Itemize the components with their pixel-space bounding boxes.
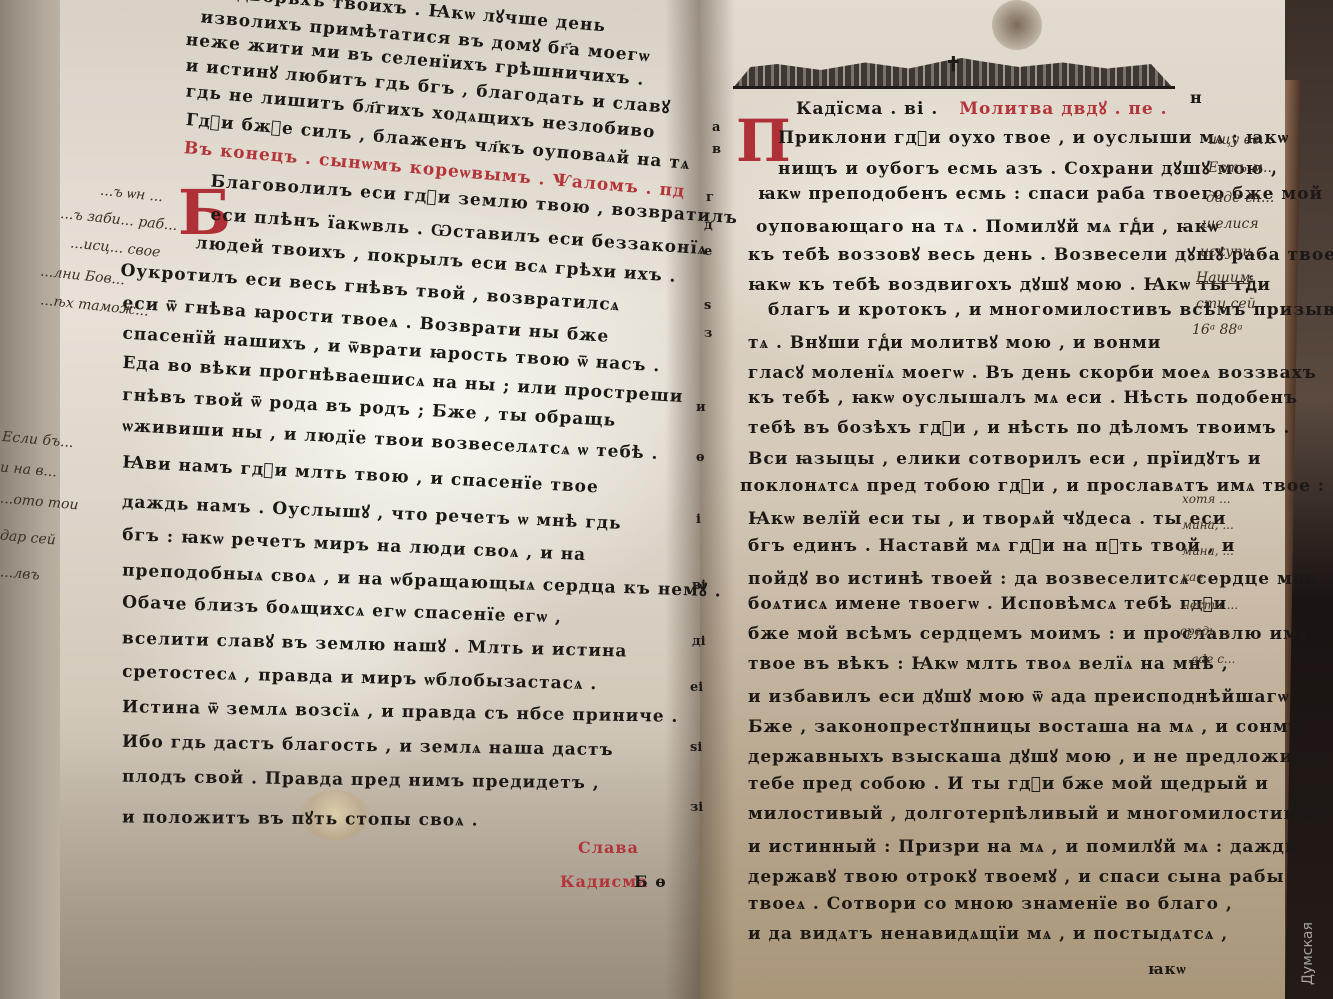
text-line: державныхъ взыскаша дꙋшꙋ мою , и не пред…	[748, 744, 1324, 767]
verse-number: г	[706, 190, 714, 205]
cross-ornament-icon: ✝	[945, 52, 962, 76]
handwritten-note: средь ...	[1180, 624, 1231, 638]
verse-number: зі	[690, 800, 703, 815]
verse-number: ді	[692, 634, 706, 649]
kathisma-heading: Кадїсма . ві . Молитва двдꙋ . пе .	[796, 96, 1168, 119]
handwritten-note: шелися	[1202, 216, 1259, 232]
verse-number: ѳ	[696, 450, 704, 465]
handwritten-note: Есть м...	[1208, 160, 1276, 176]
handwritten-note: мина, ...	[1182, 544, 1234, 558]
verse-number: ѕі	[690, 740, 702, 755]
text-line: и избавилъ еси дꙋшꙋ мою ѿ ада преисподнѣ…	[748, 684, 1303, 707]
text-line: тѧ . Внꙋши гдⷭи молитвꙋ мою , и вонми	[748, 330, 1161, 353]
text-line: пойдꙋ во истинѣ твоей : да возвеселитсѧ …	[748, 566, 1317, 589]
text-line: державꙋ твою отрокꙋ твоемꙋ , и спаси сын…	[748, 864, 1284, 887]
text-line: и истинный : Призри на мѧ , и помилꙋй мѧ…	[748, 834, 1297, 857]
handwritten-note: кае ...	[1182, 570, 1219, 584]
text-line: и положитъ въ пꙋть стопы своѧ .	[122, 804, 479, 830]
source-watermark: Думская	[1300, 922, 1316, 985]
text-line: тебе пред собою . И ты гдⷭи бже мой щедр…	[748, 774, 1269, 794]
text-line: Ꙗкѡ велїй еси ты , и творѧй чꙋдеса . ты …	[748, 506, 1226, 529]
verse-number: а	[712, 120, 720, 135]
kathisma-label: Кадїсма . ві .	[796, 99, 938, 119]
verse-number: і	[696, 512, 701, 527]
verse-number: з	[704, 326, 712, 341]
handwritten-note: мина, ...	[1182, 518, 1234, 532]
verse-number: ві	[692, 578, 706, 593]
text-line: и да видѧтъ ненавидѧщїи мѧ , и постыдѧтс…	[748, 924, 1228, 944]
text-line: оуповающаго на тѧ . Помилꙋй мѧ гдⷭи , ꙗк…	[756, 214, 1220, 237]
stain	[992, 0, 1042, 50]
handwritten-note: нести ...	[1182, 598, 1238, 612]
handwritten-note: ...лвъ	[0, 564, 40, 583]
text-line: бгъ единъ . Наставй мѧ гдⷭи на пꙋть твой…	[748, 536, 1235, 556]
handwritten-note: хотя ...	[1182, 492, 1231, 506]
handwritten-note: даде гп...	[1206, 190, 1274, 206]
text-line: боѧтисѧ имене твоегѡ . Исповѣмсѧ тебѣ гд…	[748, 594, 1227, 614]
handwritten-note: ищу ег...	[1208, 132, 1272, 148]
text-line: твое въ вѣкъ : Ꙗкѡ млть твоѧ велїѧ на мн…	[748, 654, 1229, 674]
handwritten-note: 16ᵃ 88ᵃ	[1192, 322, 1243, 338]
folio-number: н	[1190, 88, 1203, 107]
text-line: твоеѧ . Сотвори со мною знаменїе во благ…	[748, 894, 1233, 914]
slava-rubric: Слава	[578, 838, 639, 857]
verse-number: е	[704, 244, 712, 259]
text-line: тебѣ въ бозѣхъ гдⷭи , и нѣсть по дѣломъ …	[748, 418, 1290, 438]
verse-number: в	[712, 142, 721, 157]
handwritten-note: сти сей	[1196, 296, 1256, 312]
prayer-title: Молитва двдꙋ . пе .	[959, 99, 1167, 119]
text-line: нищъ и оубогъ есмь азъ . Сохрани дꙋшꙋ мо…	[778, 156, 1278, 179]
verse-number: д	[704, 218, 713, 233]
text-line: Вси ꙗзыцы , елики сотворилъ еси , прїидꙋ…	[748, 446, 1262, 469]
catchword: ꙗкѡ	[1148, 960, 1187, 979]
headpiece-rule	[733, 86, 1175, 89]
verse-number: еі	[690, 680, 703, 695]
handwritten-note: ...ade с...	[1180, 652, 1235, 666]
text-line: поклонѧтсѧ пред тобою гдⷭи , и прославѧт…	[740, 476, 1325, 496]
book-photo: во дворѣхъ твоихъ . Ꙗкѡ лꙋчше день извол…	[0, 0, 1333, 999]
text-line: ꙗкѡ къ тебѣ воздвигохъ дꙋшꙋ мою . Ꙗкѡ ты…	[748, 272, 1271, 295]
text-line: къ тебѣ , ꙗкѡ оуслышалъ мѧ еси . Нѣсть п…	[748, 388, 1298, 408]
page-signature: Б ѳ	[634, 872, 667, 891]
text-line: гласꙋ моленїѧ моегѡ . Въ день скорби мое…	[748, 360, 1317, 383]
text-line: Бже , законопрестꙋпницы восташа на мѧ , …	[748, 714, 1303, 737]
book-gutter	[665, 0, 735, 999]
verse-number: ѕ	[704, 298, 711, 313]
text-line: милостивый , долготерпѣливый и многомило…	[748, 804, 1333, 824]
verse-number: и	[696, 400, 706, 415]
handwritten-note: Нашим	[1196, 270, 1250, 286]
handwritten-note: искупи...	[1200, 244, 1265, 260]
